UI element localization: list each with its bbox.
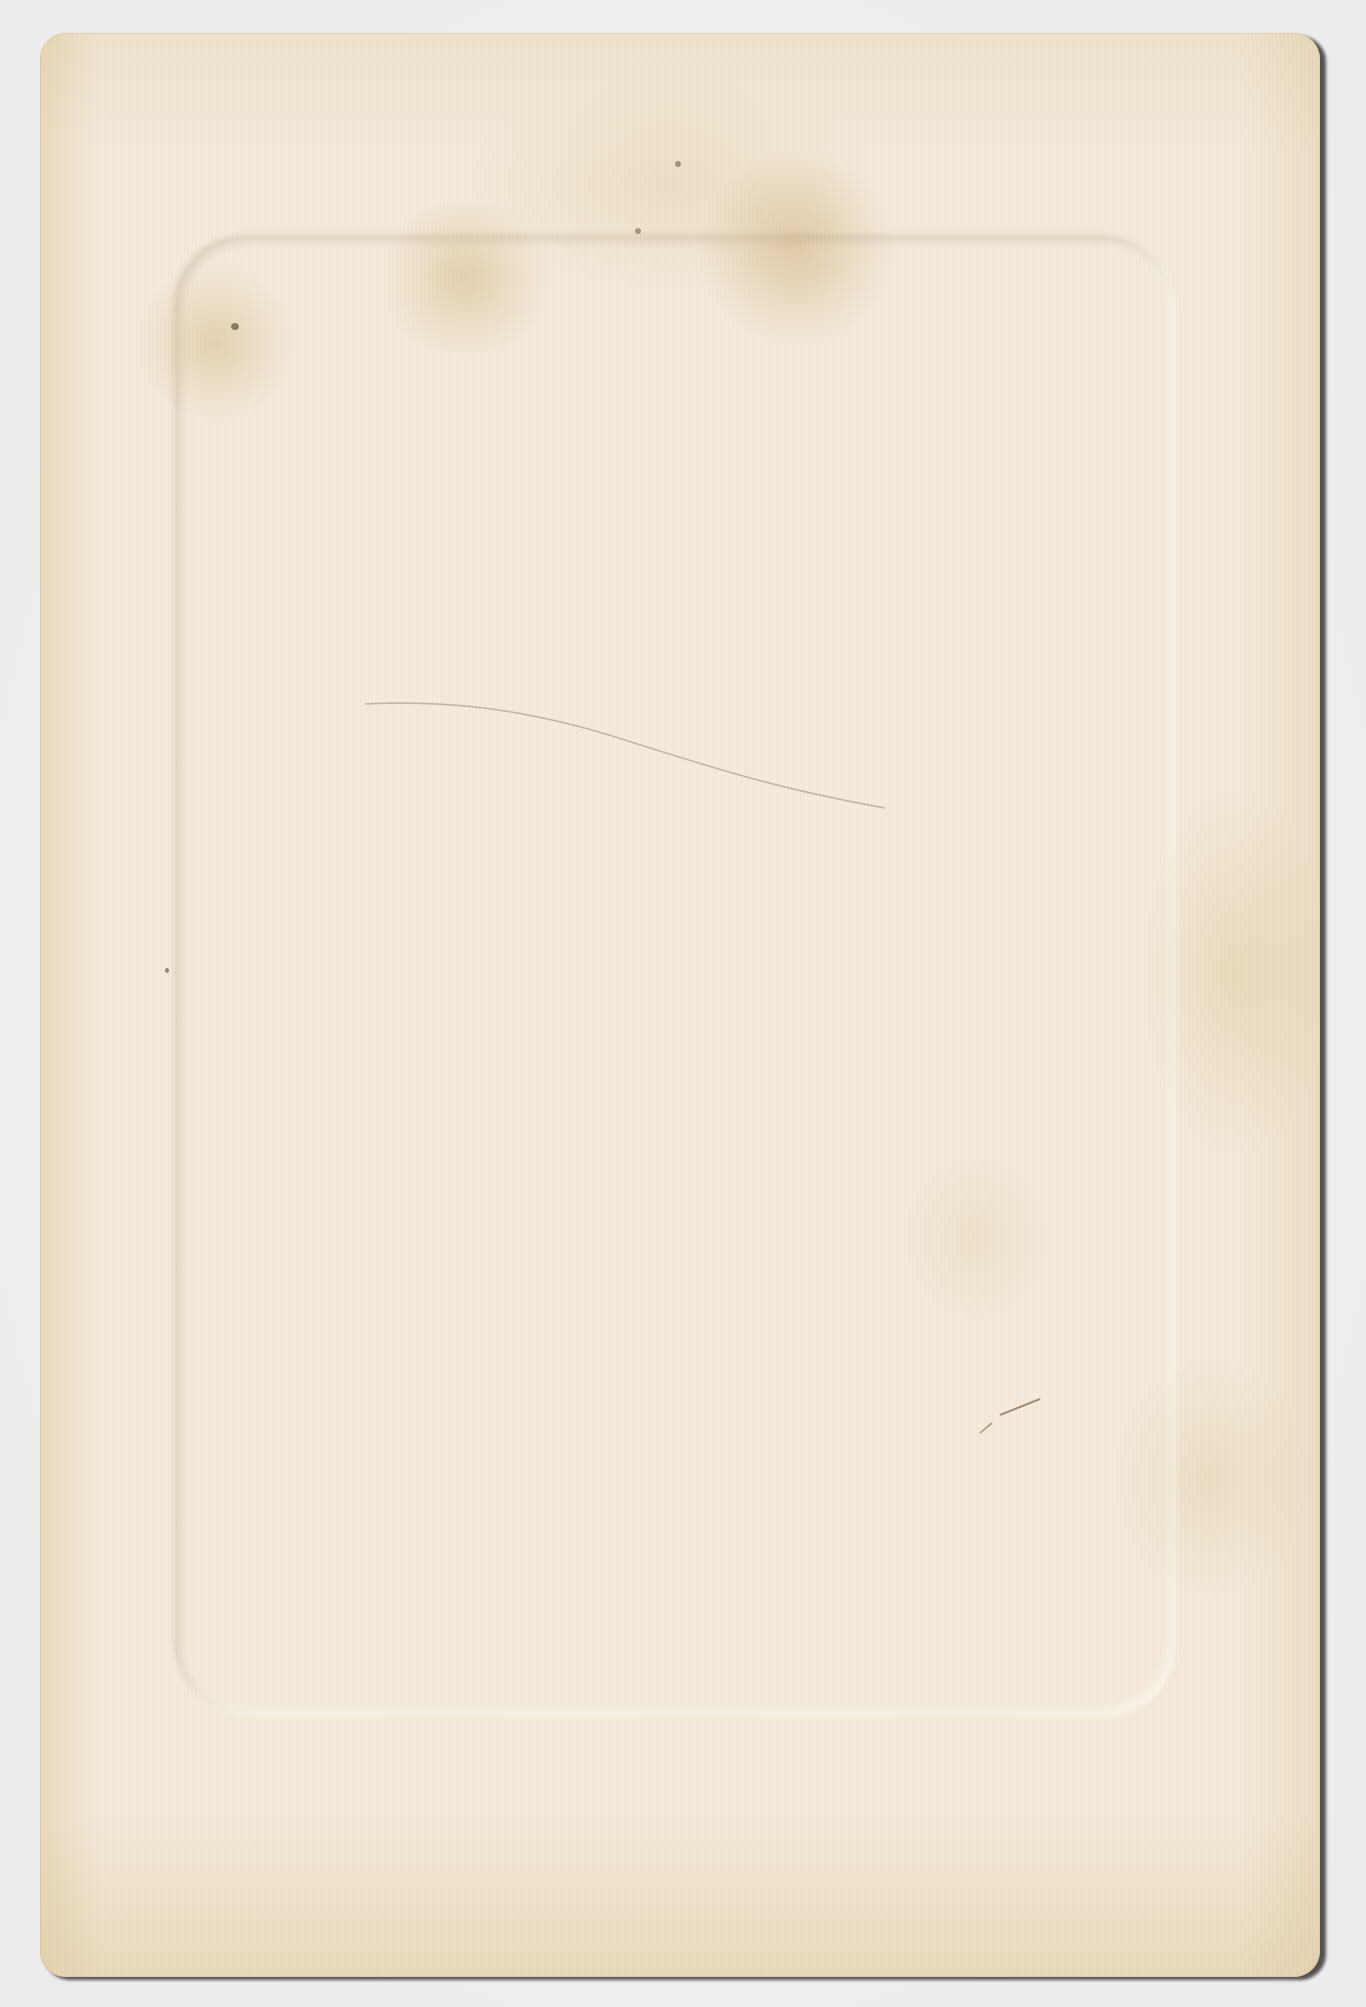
small-scratch-marks <box>940 1393 1050 1453</box>
surface-scratch <box>365 700 885 810</box>
paper-fiber-texture <box>40 33 1320 1977</box>
cabinet-card-back <box>40 33 1320 1977</box>
